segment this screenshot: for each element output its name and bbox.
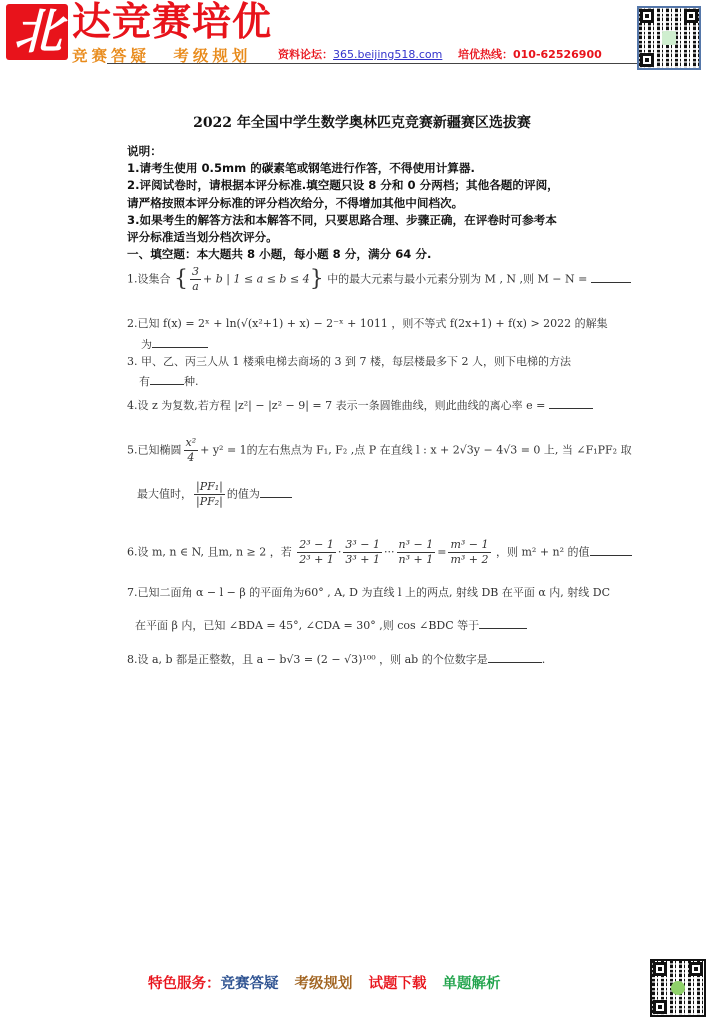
q8-end: . [542,653,546,666]
q7-text-2: 在平面 β 内，已知 ∠BDA = 45°, ∠CDA = 30° ,则 cos… [135,619,479,632]
section-heading: 一、填空题：本大题共 8 小题，每小题 8 分，满分 64 分. [127,246,617,263]
q5-frac-den: 4 [184,451,199,465]
question-5: 5.已知椭圆x²4+ y² = 1的左右焦点为 F₁, F₂ ,点 P 在直线 … [127,436,607,465]
instruction-line: 2.评阅试卷时，请根据本评分标准.填空题只设 8 分和 0 分两档；其他各题的评… [127,177,617,194]
question-2: 2.已知 f(x) = 2ˣ + ln(√(x²+1) + x) − 2⁻ˣ +… [127,316,607,353]
answer-blank-5[interactable] [260,486,292,498]
answer-blank-4[interactable] [549,397,593,409]
answer-blank-3[interactable] [150,373,184,385]
q6-frac-den: m³ + 2 [448,553,490,567]
question-4: 4.设 z 为复数,若方程 |z²| − |z² − 9| = 7 表示一条圆锥… [127,397,607,414]
q5-text-4: 的值为 [227,488,260,501]
forum-info: 资料论坛：365.beijing518.com [278,46,442,62]
hotline-label: 培优热线： [458,48,513,61]
q1-text: 1.设集合 [127,273,171,286]
instruction-line: 评分标准适当划分档次评分。 [127,229,617,246]
footer-service-item: 考级规划 [295,976,353,992]
q3-text-2: 有 [139,375,150,388]
footer-service-item: 单题解析 [443,976,501,992]
exam-instructions: 说明： 1.请考生使用 0.5mm 的碳素笔或钢笔进行作答，不得使用计算器. 2… [127,143,617,263]
q1-text-2: 中的最大元素与最小元素分别为 M , N ,则 M − N = [327,273,587,286]
q1-frac-num: 3 [190,265,201,280]
answer-blank-6[interactable] [590,544,632,556]
q3-text: 3. 甲、乙、丙三人从 1 楼乘电梯去商场的 3 到 7 楼，每层楼最多下 2 … [127,354,607,370]
q4-text: 4.设 z 为复数,若方程 |z²| − |z² − 9| = 7 表示一条圆锥… [127,399,545,412]
q6-frac-num: 2³ − 1 [297,538,336,553]
q6-frac-den: 3³ + 1 [343,553,382,567]
answer-blank-1[interactable] [591,271,631,283]
q5-abs-den: |PF₂| [194,495,225,509]
forum-link[interactable]: 365.beijing518.com [333,48,442,61]
question-6: 6.设 m, n ∈ N, 且m, n ≥ 2 ，若 2³ − 12³ + 1·… [127,538,607,567]
answer-blank-2[interactable] [152,336,208,348]
q2-text: 2.已知 f(x) = 2ˣ + ln(√(x²+1) + x) − 2⁻ˣ +… [127,316,607,332]
q5-text-3: 最大值时， [137,488,192,501]
logo-glyph: 北 [14,6,62,58]
q3-text-3: 种. [184,375,199,388]
q6-frac-den: 2³ + 1 [297,553,336,567]
question-1: 1.设集合 {3a+ b | 1 ≤ a ≤ b ≤ 4} 中的最大元素与最小元… [127,265,607,294]
brand-name: 达竞赛培优 [72,2,272,44]
instruction-line: 3.如果考生的解答方法和本解答不同，只要思路合理、步骤正确，在评卷时可参考本 [127,212,617,229]
instruction-line: 1.请考生使用 0.5mm 的碳素笔或钢笔进行作答，不得使用计算器. [127,160,617,177]
q5-frac-num: x² [184,436,199,451]
footer-service-item: 试题下载 [369,976,427,992]
hotline-info: 培优热线：010-62526900 [458,46,602,62]
q5-text-2: + y² = 1的左右焦点为 F₁, F₂ ,点 P 在直线 l : x + 2… [200,444,631,457]
q2-text-2: 为 [141,338,152,351]
q7-text: 7.已知二面角 α − l − β 的平面角为60° , A, D 为直线 l … [127,585,607,601]
q6-frac-den: n³ + 1 [397,553,436,567]
footer-label: 特色服务： [148,976,221,992]
q6-frac-num: n³ − 1 [397,538,436,553]
answer-blank-8[interactable] [488,651,542,663]
header-divider [107,63,647,64]
instruction-line: 说明： [127,143,617,160]
question-8: 8.设 a, b 都是正整数，且 a − b√3 = (2 − √3)¹⁰⁰ ，… [127,651,607,668]
question-5-line-2: 最大值时，|PF₁||PF₂|的值为 [127,480,607,509]
answer-blank-7[interactable] [479,617,527,629]
q6-frac-num: 3³ − 1 [343,538,382,553]
q6-text-2: ，则 m² + n² 的值 [496,546,590,559]
q1-frac-den: a [190,280,201,294]
footer-service-item: 竞赛答疑 [221,976,279,992]
qr-code-icon [650,959,706,1017]
exam-title: 2022 年全国中学生数学奥林匹克竞赛新疆赛区选拔赛 [0,112,724,132]
q6-text: 6.设 m, n ∈ N, 且m, n ≥ 2 ，若 [127,546,292,559]
footer-services: 特色服务：竞赛答疑考级规划试题下载单题解析 [148,972,517,993]
q5-abs-num: |PF₁| [194,480,225,495]
q1-set: + b | 1 ≤ a ≤ b ≤ 4 [203,273,310,286]
q6-frac-num: m³ − 1 [448,538,490,553]
question-3: 3. 甲、乙、丙三人从 1 楼乘电梯去商场的 3 到 7 楼，每层楼最多下 2 … [127,354,607,390]
logo-mark: 北 [6,4,68,60]
instruction-line: 请严格按照本评分标准的评分档次给分，不得增加其他中间档次。 [127,195,617,212]
q8-text: 8.设 a, b 都是正整数，且 a − b√3 = (2 − √3)¹⁰⁰ ，… [127,653,488,666]
qr-code-icon [637,6,701,70]
question-7: 7.已知二面角 α − l − β 的平面角为60° , A, D 为直线 l … [127,585,607,634]
q5-text: 5.已知椭圆 [127,444,182,457]
forum-label: 资料论坛： [278,48,333,61]
hotline-number: 010-62526900 [513,48,602,61]
